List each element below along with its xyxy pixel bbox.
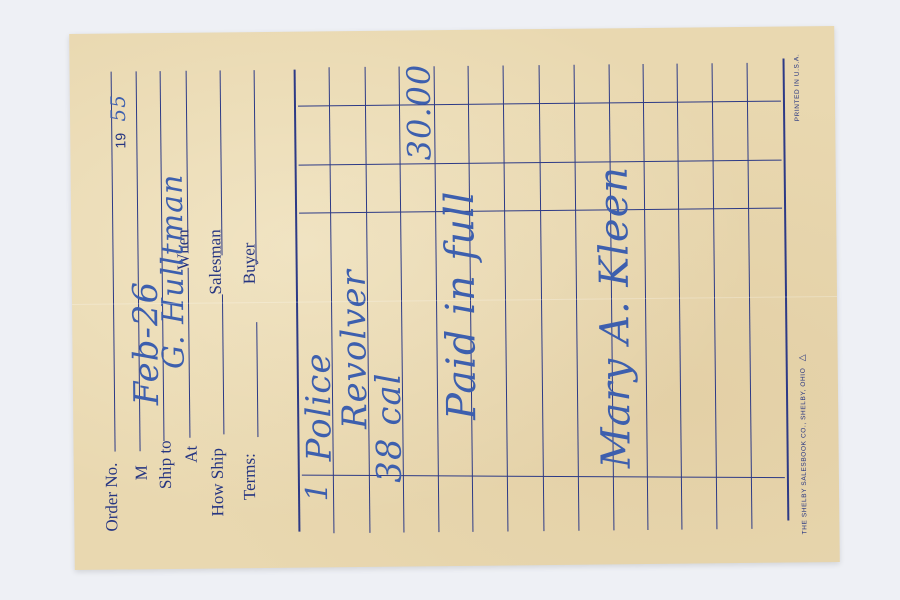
year-prefix: 19: [112, 133, 128, 149]
label-m: M: [132, 465, 152, 480]
handwritten-amount: 30.00: [400, 64, 439, 161]
item-qty: 1: [300, 481, 335, 501]
printer-credit-text: THE SHELBY SALESBOOK CO., SHELBY, OHIO: [800, 368, 809, 535]
year-suffix-handwritten: 55: [106, 94, 130, 122]
rule-how-ship: [220, 70, 223, 255]
rule-how-ship-2: [222, 294, 224, 434]
rule-terms-2: [256, 322, 258, 437]
receipt-paper: Order No. M Ship to At How Ship Terms: W…: [69, 26, 840, 570]
item-description: Police: [299, 352, 340, 461]
rule-terms: [254, 70, 257, 265]
rule-order-no: [111, 72, 116, 452]
grid-border-right: [783, 59, 790, 521]
label-at: At: [182, 446, 202, 463]
printer-credit: THE SHELBY SALESBOOK CO., SHELBY, OHIO △: [797, 354, 810, 535]
label-how-ship: How Ship: [208, 448, 229, 517]
handwritten-ship-to: G. Hulltman: [155, 173, 192, 369]
triangle-icon: △: [797, 354, 807, 362]
handwritten-paid-note: Paid in full: [437, 190, 485, 420]
label-salesman: Salesman: [205, 229, 226, 294]
label-terms: Terms:: [240, 453, 260, 500]
label-buyer: Buyer: [239, 242, 259, 284]
printed-in-usa: PRINTED IN U.S.A.: [793, 54, 801, 122]
handwritten-signature: Mary A. Kleen: [591, 166, 640, 469]
label-order-no: Order No.: [102, 463, 123, 532]
item-description: 38 cal: [369, 372, 410, 483]
label-ship-to: Ship to: [155, 440, 176, 489]
